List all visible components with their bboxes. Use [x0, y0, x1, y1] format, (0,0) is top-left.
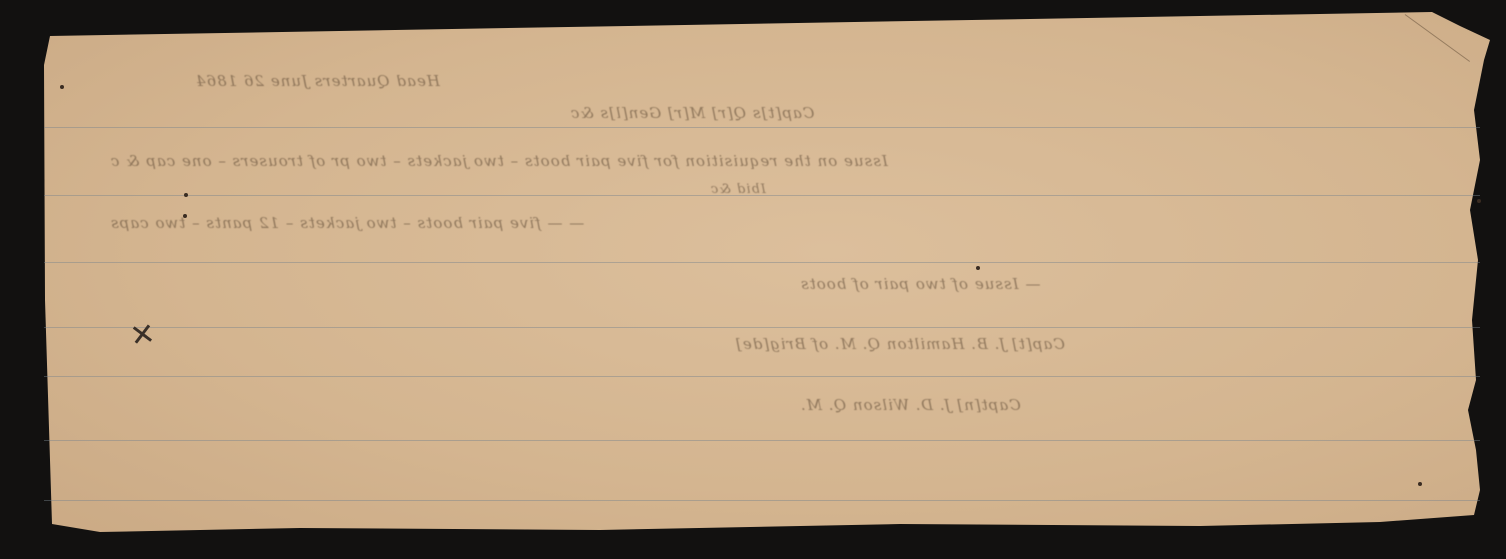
body-line-2: Ibid &c	[710, 182, 766, 197]
ink-spot	[976, 266, 980, 270]
ruled-line	[44, 327, 1480, 328]
heading-line: Head Quarters June 26 1864	[195, 72, 440, 90]
ink-spot	[60, 85, 64, 89]
body-line-4: — Issue of two pair of boots	[800, 275, 1040, 293]
ruled-line	[44, 127, 1480, 128]
ruled-line	[44, 376, 1480, 377]
ruled-line	[44, 440, 1480, 441]
signature-line-1: Cap[t] J. B. Hamilton Q. M. of Brig[de]	[735, 335, 1065, 353]
ink-spot	[1418, 482, 1422, 486]
ruled-line	[44, 500, 1480, 501]
ink-spot	[1477, 199, 1481, 203]
margin-x-mark: ✕	[128, 316, 158, 354]
ink-spot	[184, 193, 188, 197]
addressee-line: Cap[t]s Q[r] M[r] Gen[l]s &c	[570, 104, 814, 122]
body-line-3: — — five pair boots – two jackets – 12 p…	[110, 214, 584, 232]
body-line-1: Issue on the requisition for five pair b…	[110, 152, 888, 170]
ink-spot	[183, 214, 187, 218]
signature-line-2: Capt[n] J. D. Wilson Q. M.	[800, 396, 1021, 414]
ruled-line	[44, 262, 1480, 263]
